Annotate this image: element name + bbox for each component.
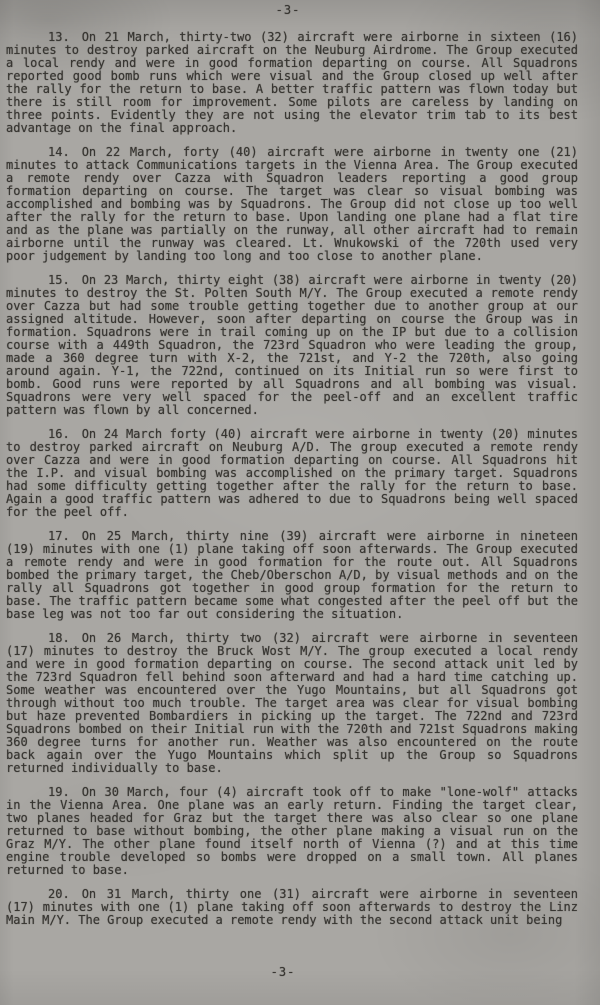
paragraph-number: 14. xyxy=(48,145,82,159)
paragraph-text: On 31 March, thirty one (31) aircraft we… xyxy=(6,887,578,927)
report-paragraph-13: 13.On 21 March, thirty-two (32) aircraft… xyxy=(6,31,578,135)
paragraph-number: 18. xyxy=(48,631,82,645)
report-paragraph-15: 15.On 23 March, thirty eight (38) aircra… xyxy=(6,274,578,417)
paragraph-number: 20. xyxy=(48,887,82,901)
report-paragraph-16: 16.On 24 March forty (40) aircraft were … xyxy=(6,428,578,519)
paragraph-number: 13. xyxy=(48,30,82,44)
paragraph-text: On 30 March, four (4) aircraft took off … xyxy=(6,785,578,877)
paragraph-number: 17. xyxy=(48,529,82,543)
scanned-document-page: -3- 13.On 21 March, thirty-two (32) airc… xyxy=(0,0,600,1005)
report-paragraph-18: 18.On 26 March, thirty two (32) aircraft… xyxy=(6,632,578,775)
paragraph-number: 16. xyxy=(48,427,82,441)
report-paragraph-20: 20.On 31 March, thirty one (31) aircraft… xyxy=(6,888,578,927)
paragraph-text: On 25 March, thirty nine (39) aircraft w… xyxy=(6,529,578,621)
page-number-footer: -3- xyxy=(0,966,566,979)
paragraph-text: On 23 March, thirty eight (38) aircraft … xyxy=(6,273,578,417)
paragraph-number: 19. xyxy=(48,785,82,799)
paragraph-text: On 24 March forty (40) aircraft were air… xyxy=(6,427,578,519)
paragraph-text: On 22 March, forty (40) aircraft were ai… xyxy=(6,145,578,263)
report-paragraph-14: 14.On 22 March, forty (40) aircraft were… xyxy=(6,146,578,263)
page-number-header: -3- xyxy=(0,4,576,17)
report-body: 13.On 21 March, thirty-two (32) aircraft… xyxy=(6,31,578,938)
paragraph-text: On 26 March, thirty two (32) aircraft we… xyxy=(6,631,578,775)
paragraph-number: 15. xyxy=(48,273,82,287)
report-paragraph-19: 19.On 30 March, four (4) aircraft took o… xyxy=(6,786,578,877)
report-paragraph-17: 17.On 25 March, thirty nine (39) aircraf… xyxy=(6,530,578,621)
paragraph-text: On 21 March, thirty-two (32) aircraft we… xyxy=(6,30,578,135)
